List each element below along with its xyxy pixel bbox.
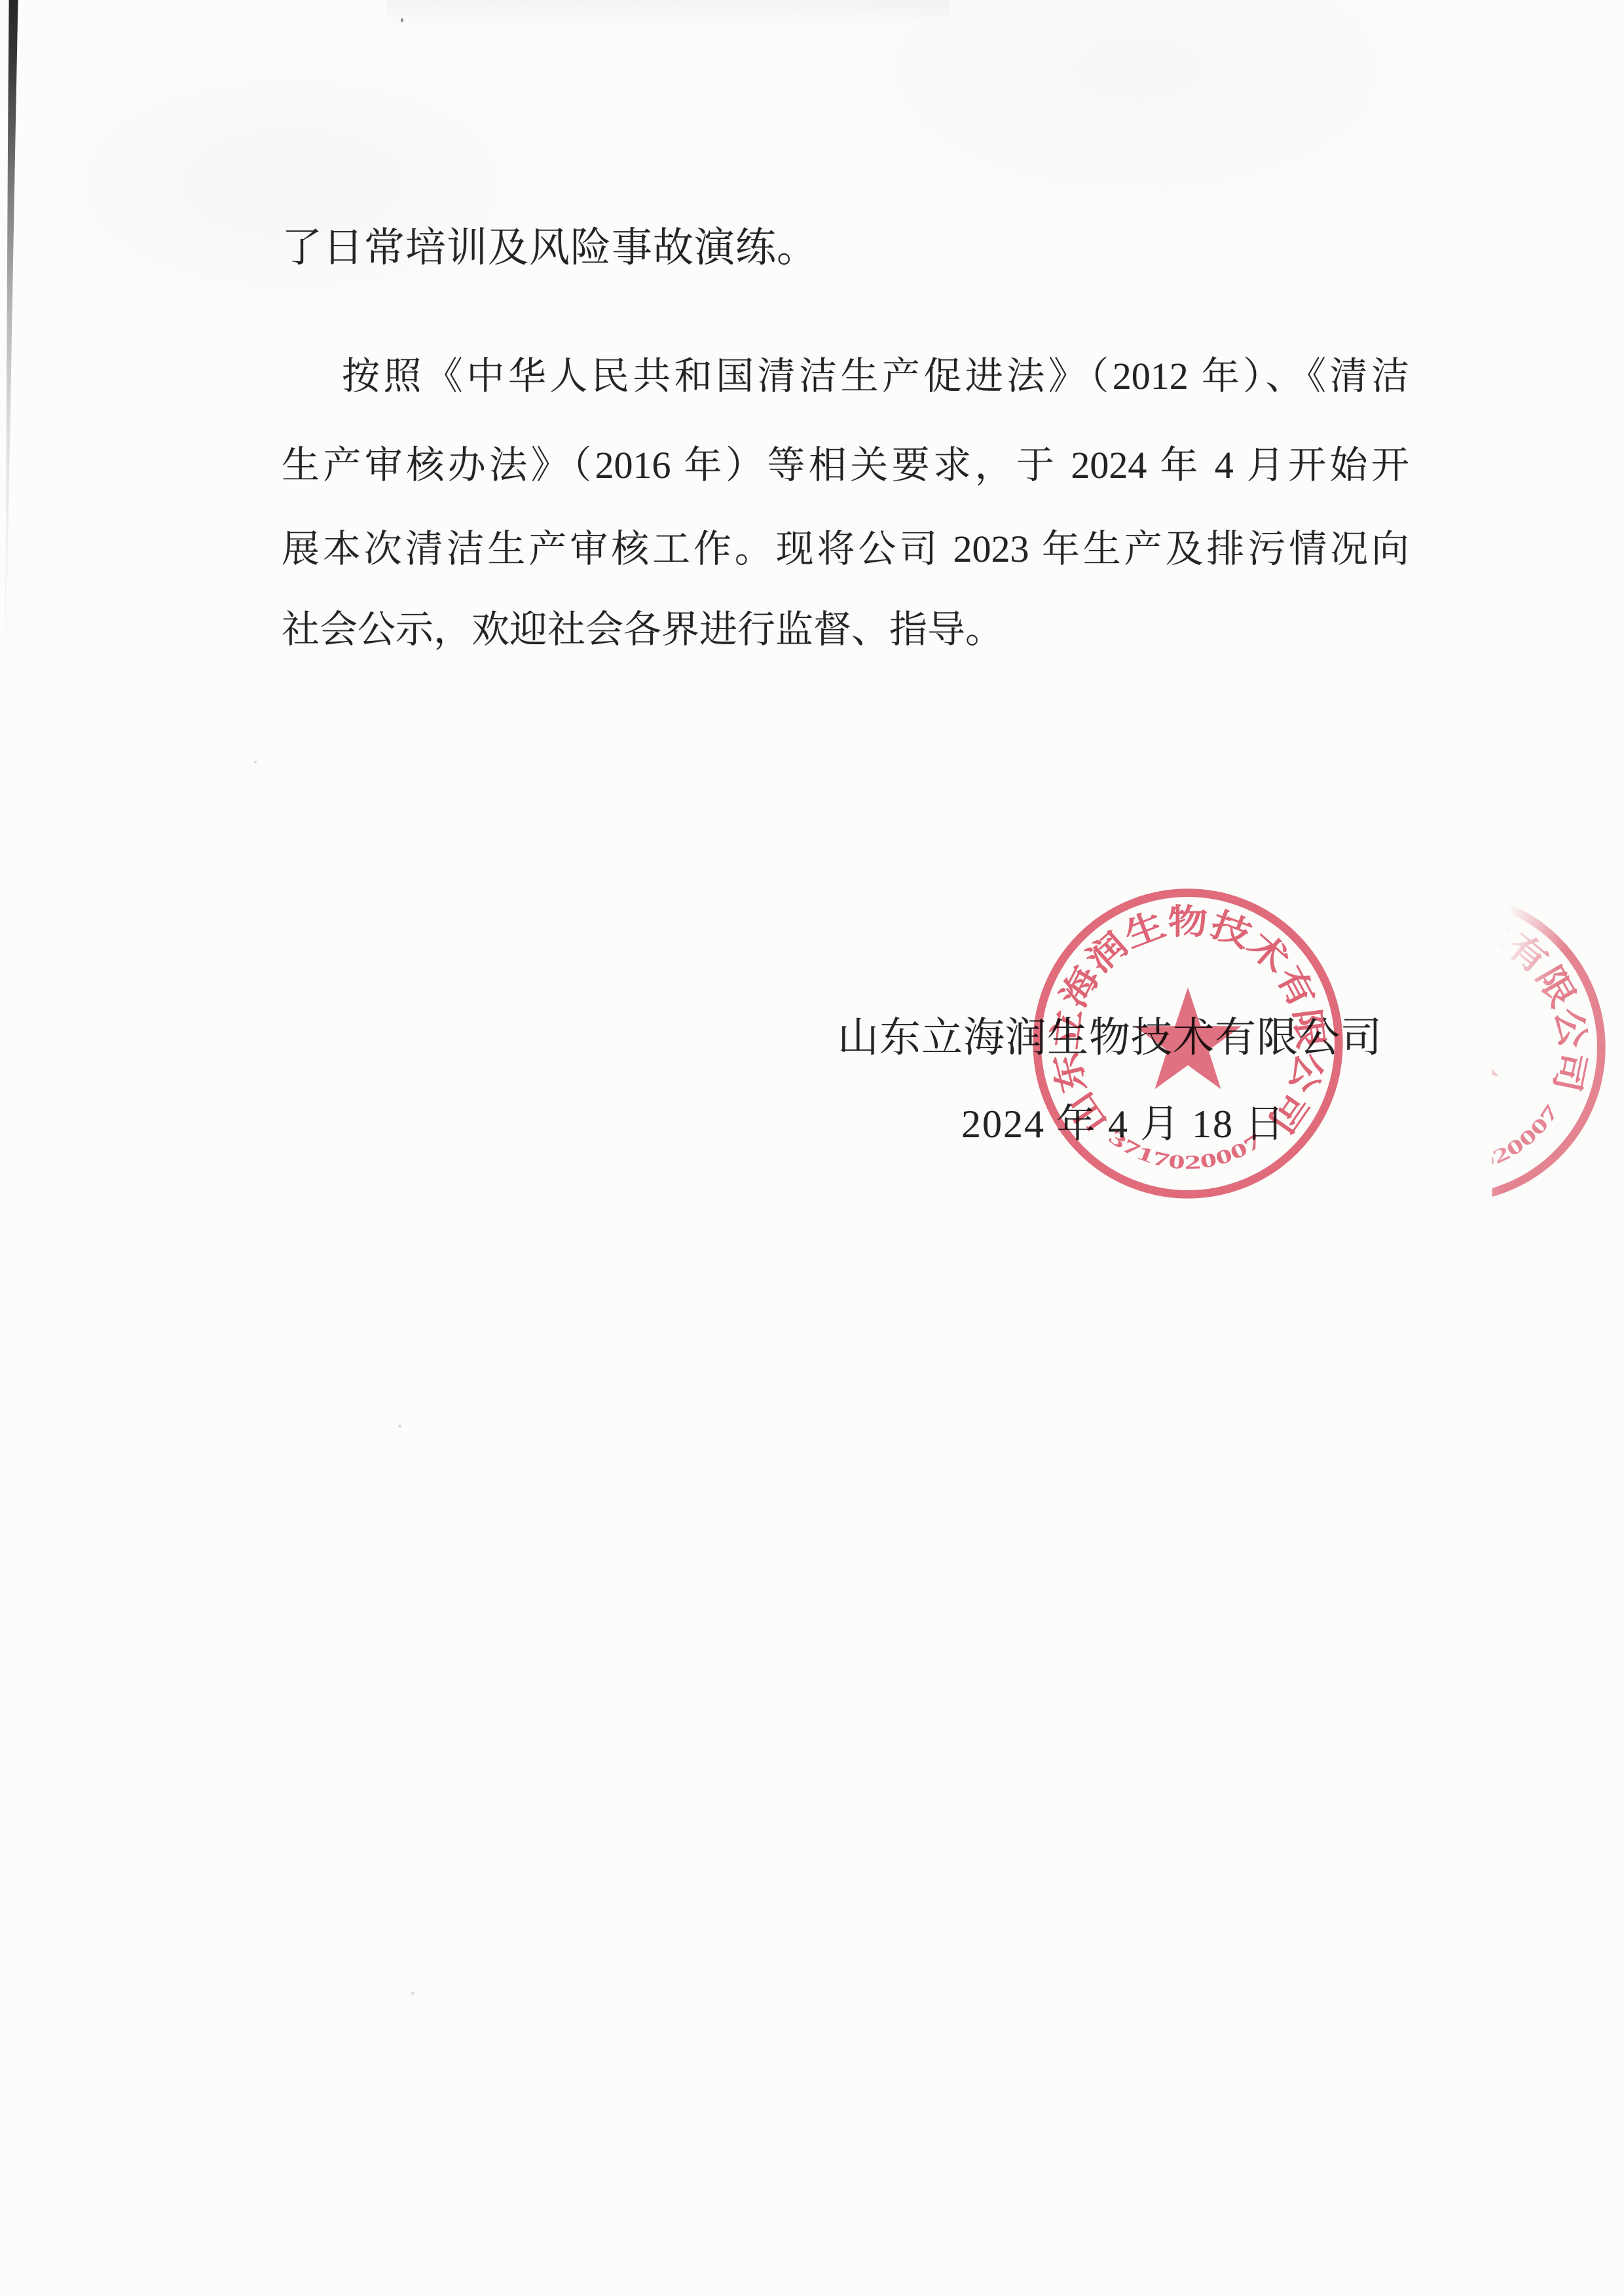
paragraph-line: 社会公示，欢迎社会各界进行监督、指导。 xyxy=(282,610,1409,649)
scan-speck xyxy=(398,1425,401,1428)
paragraph-line: 生产审核办法》（2016 年）等相关要求，于 2024 年 4 月开始开 xyxy=(282,446,1409,485)
scan-speck xyxy=(254,761,257,763)
seal-star xyxy=(1379,975,1517,1110)
company-seal: 山东立海润生物技术有限公司 3717020007305 xyxy=(1028,884,1348,1203)
seal-star xyxy=(1134,987,1241,1089)
body-line: 了日常培训及风险事故演练。 xyxy=(282,228,818,268)
document-page: 了日常培训及风险事故演练。 按照《中华人民共和国清洁生产促进法》（2012 年）… xyxy=(0,0,1624,2296)
top-edge-scan-smudge xyxy=(386,0,950,26)
scan-speck xyxy=(411,1992,415,1995)
scan-speck xyxy=(401,18,403,22)
paragraph-line: 按照《中华人民共和国清洁生产促进法》（2012 年）、《清洁 xyxy=(282,357,1409,396)
left-edge-scan-streak xyxy=(0,0,21,707)
paragraph-line: 展本次清洁生产审核工作。现将公司 2023 年生产及排污情况向 xyxy=(282,530,1409,569)
